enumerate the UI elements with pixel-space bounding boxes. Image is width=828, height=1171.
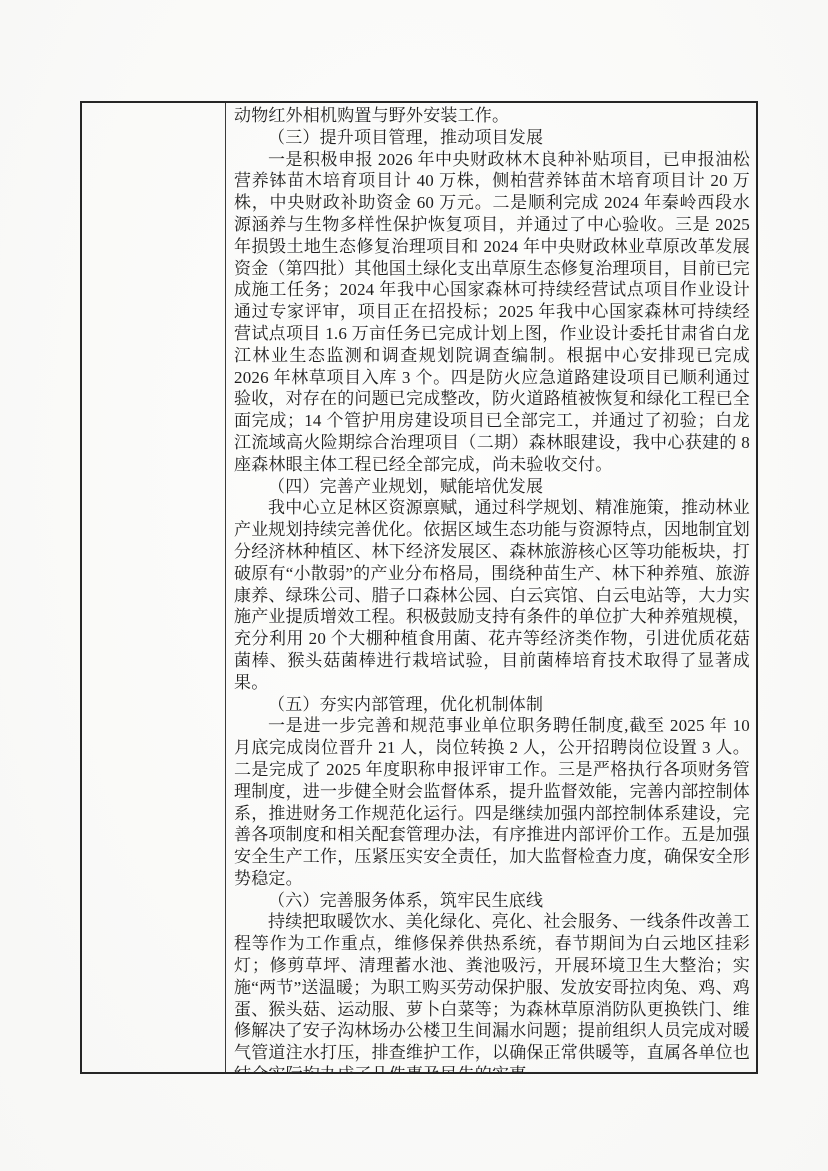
report-form-table: 动物红外相机购置与野外安装工作。 （三）提升项目管理，推动项目发展 一是积极申报… [80,101,758,1074]
report-paragraph: （三）提升项目管理，推动项目发展 [234,127,750,149]
report-paragraph: （五）夯实内部管理，优化机制体制 [234,694,750,716]
report-paragraph: （六）完善服务体系，筑牢民生底线 [234,890,750,912]
report-paragraph: 我中心立足林区资源禀赋，通过科学规划、精准施策，推动林业产业规划持续完善优化。依… [234,497,750,693]
report-paragraph: 一是进一步完善和规范事业单位职务聘任制度,截至 2025 年 10 月底完成岗位… [234,715,750,889]
form-table-content-cell: 动物红外相机购置与野外安装工作。 （三）提升项目管理，推动项目发展 一是积极申报… [226,103,756,1072]
report-paragraph: 持续把取暖饮水、美化绿化、亮化、社会服务、一线条件改善工程等作为工作重点，维修保… [234,911,750,1072]
report-paragraph: 动物红外相机购置与野外安装工作。 [234,105,750,127]
report-paragraph: （四）完善产业规划，赋能培优发展 [234,476,750,498]
form-table-left-cell-empty [82,103,226,1072]
report-paragraph: 一是积极申报 2026 年中央财政林木良种补贴项目，已申报油松营养钵苗木培育项目… [234,149,750,476]
